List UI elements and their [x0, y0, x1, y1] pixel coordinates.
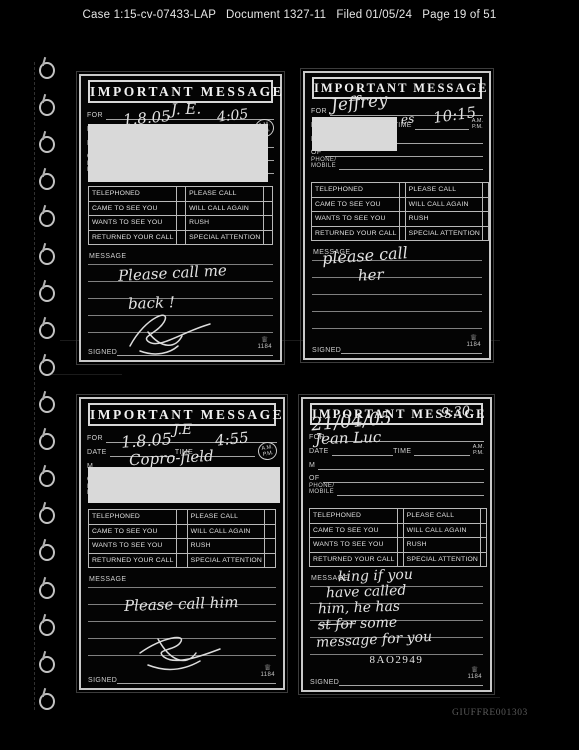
checkbox-box [263, 230, 273, 245]
spiral-ring-icon [39, 544, 55, 561]
message-area: MESSAGE king if you have called him, he … [310, 570, 483, 671]
scan-artifact-line [52, 374, 122, 375]
checkbox-label: WILL CALL AGAIN [405, 197, 482, 212]
handwritten-time: 4:55 [214, 428, 249, 449]
bates-number: GIUFFRE001303 [452, 708, 528, 718]
checkbox-grid: TELEPHONEDPLEASE CALL CAME TO SEE YOUWIL… [88, 186, 273, 245]
signature-scribble [122, 308, 217, 356]
form-corner: ♕1184 [466, 334, 481, 348]
crown-logo-icon: ♕ [257, 336, 272, 344]
checkbox-label: SPECIAL ATTENTION [186, 230, 263, 245]
redaction-block [312, 117, 397, 151]
checkbox-box [176, 216, 186, 231]
checkbox-box [481, 552, 487, 567]
spiral-ring-icon [39, 285, 55, 302]
checkbox-label: PLEASE CALL [403, 509, 480, 524]
checkbox-box [483, 212, 489, 227]
handwritten-for: J. E. [171, 99, 202, 118]
time-line [414, 441, 469, 456]
spiral-ring-icon [39, 210, 55, 227]
signed-label: SIGNED [310, 679, 339, 686]
struck-word: st for [318, 616, 356, 633]
checkbox-label: RUSH [186, 216, 263, 231]
phone-label: PHONE/ [309, 483, 334, 490]
handwritten-time: 4:05 [216, 106, 249, 125]
handwritten-message-line: her [358, 265, 385, 284]
checkbox-box [176, 187, 186, 202]
spiral-ring-icon [39, 507, 55, 524]
spiral-ring-icon [39, 693, 55, 710]
phone-line [339, 156, 483, 170]
message-label: MESSAGE [89, 576, 126, 583]
checkbox-box [481, 523, 487, 538]
scan-artifact-line [300, 697, 500, 698]
checkbox-grid: TELEPHONEDPLEASE CALL CAME TO SEE YOUWIL… [309, 508, 487, 567]
checkbox-label: RETURNED YOUR CALL [312, 226, 400, 241]
m-label: M [309, 462, 318, 470]
checkbox-label: WANTS TO SEE YOU [310, 538, 398, 553]
signed-row: SIGNED ♕1184 [310, 671, 483, 686]
checkbox-label: TELEPHONED [312, 183, 400, 198]
checkbox-label: CAME TO SEE YOU [88, 524, 176, 539]
checkbox-box [481, 538, 487, 553]
handwritten-caller-name: Jean Luc [315, 428, 382, 448]
checkbox-label: RETURNED YOUR CALL [310, 552, 398, 567]
checkbox-label: SPECIAL ATTENTION [405, 226, 482, 241]
spiral-ring-icon [39, 99, 55, 116]
form-number: 1184 [467, 674, 482, 680]
checkbox-box [265, 539, 276, 554]
spiral-binding [34, 62, 55, 710]
name-line [318, 455, 484, 470]
checkbox-label: CAME TO SEE YOU [312, 197, 400, 212]
checkbox-label: RUSH [187, 539, 264, 554]
spiral-ring-icon [39, 322, 55, 339]
checkbox-label: PLEASE CALL [186, 187, 263, 202]
case-caption: Case 1:15-cv-07433-LAP Document 1327-11 … [0, 9, 579, 21]
crown-logo-icon: ♕ [260, 664, 275, 672]
mobile-label: MOBILE [311, 163, 336, 170]
checkbox-label: CAME TO SEE YOU [88, 201, 176, 216]
checkbox-label: WILL CALL AGAIN [403, 523, 480, 538]
message-slip-bottom-left: IMPORTANT MESSAGE FOR DATETIME A.M.P.M. … [79, 397, 285, 690]
spiral-ring-icon [39, 173, 55, 190]
checkbox-box [483, 226, 489, 241]
signed-line [339, 670, 483, 686]
checkbox-label: WANTS TO SEE YOU [88, 216, 176, 231]
phone-line [337, 482, 484, 496]
message-label: MESSAGE [89, 253, 126, 260]
message-word: some [360, 615, 398, 632]
checkbox-label: PLEASE CALL [187, 510, 264, 525]
spiral-ring-icon [39, 62, 55, 79]
checkbox-box [176, 553, 187, 568]
checkbox-box [176, 524, 187, 539]
checkbox-label: RETURNED YOUR CALL [88, 553, 176, 568]
redaction-block [88, 467, 280, 503]
message-slip-top-left: IMPORTANT MESSAGE FOR DATETIME A.M.P.M. … [79, 74, 282, 362]
checkbox-box [263, 216, 273, 231]
checkbox-label: TELEPHONED [88, 187, 176, 202]
checkbox-label: TELEPHONED [88, 510, 176, 525]
message-area: MESSAGE please call her [312, 244, 482, 339]
checkbox-label: RUSH [405, 212, 482, 227]
of-line [323, 469, 484, 483]
phone-mobile-label: PHONE/MOBILE [311, 157, 339, 170]
form-corner: ♕1184 [257, 336, 272, 350]
signed-label: SIGNED [312, 347, 341, 354]
checkbox-box [265, 524, 276, 539]
checkbox-box [176, 510, 187, 525]
checkbox-label: TELEPHONED [310, 509, 398, 524]
spiral-ring-icon [39, 248, 55, 265]
checkbox-box [265, 553, 276, 568]
for-label: FOR [87, 435, 106, 443]
signed-line [341, 338, 482, 354]
message-slip-bottom-right: IMPORTANT MESSAGE FOR DATETIME A.M.P.M. … [301, 397, 492, 692]
checkbox-box [263, 201, 273, 216]
checkbox-label: SPECIAL ATTENTION [403, 552, 480, 567]
message-area: MESSAGE Please call him [88, 571, 276, 669]
checkbox-label: WILL CALL AGAIN [186, 201, 263, 216]
form-number: 1184 [257, 344, 272, 350]
form-corner: ♕1184 [260, 664, 275, 678]
phone-mobile-label: PHONE/MOBILE [309, 483, 337, 496]
spiral-ring-icon [39, 433, 55, 450]
scanned-court-page: Case 1:15-cv-07433-LAP Document 1327-11 … [0, 0, 579, 750]
handwritten-message-line: please call [321, 243, 408, 268]
crown-logo-icon: ♕ [466, 334, 481, 342]
redaction-block [88, 124, 268, 182]
spiral-ring-icon [39, 619, 55, 636]
checkbox-box [483, 183, 489, 198]
handwritten-time-overlay: 9:30 [441, 404, 471, 421]
control-number: 8AO2949 [310, 654, 483, 666]
checkbox-box [176, 539, 187, 554]
message-area: MESSAGE Please call me back ! [88, 248, 273, 341]
spiral-ring-icon [39, 396, 55, 413]
form-number: 1184 [466, 342, 481, 348]
handwritten-message-line: Please call me [118, 261, 228, 285]
spiral-ring-icon [39, 656, 55, 673]
message-slip-top-right: IMPORTANT MESSAGE FOR DATETIME A.M.P.M. … [303, 71, 491, 360]
checkbox-grid: TELEPHONEDPLEASE CALL CAME TO SEE YOUWIL… [88, 509, 276, 568]
handwritten-for: J.E [173, 422, 192, 438]
form-number: 1184 [260, 672, 275, 678]
checkbox-label: SPECIAL ATTENTION [187, 553, 264, 568]
signed-label: SIGNED [88, 349, 117, 356]
checkbox-label: RUSH [403, 538, 480, 553]
checkbox-box [483, 197, 489, 212]
checkbox-box [176, 230, 186, 245]
for-label: FOR [87, 112, 106, 120]
mobile-label: MOBILE [309, 489, 334, 496]
checkbox-label: RETURNED YOUR CALL [88, 230, 176, 245]
spiral-ring-icon [39, 582, 55, 599]
checkbox-box [263, 187, 273, 202]
checkbox-label: WILL CALL AGAIN [187, 524, 264, 539]
crown-logo-icon: ♕ [467, 666, 482, 674]
spiral-ring-icon [39, 470, 55, 487]
checkbox-box [265, 510, 276, 525]
signature-scribble [134, 627, 229, 673]
handwritten-message-line: Please call him [124, 593, 239, 615]
form-corner: ♕1184 [467, 666, 482, 680]
checkbox-label: WANTS TO SEE YOU [312, 212, 400, 227]
phone-label: PHONE/ [311, 157, 336, 164]
handwritten-fragment: es [401, 112, 415, 127]
checkbox-box [481, 509, 487, 524]
spiral-ring-icon [39, 136, 55, 153]
checkbox-label: WANTS TO SEE YOU [88, 539, 176, 554]
checkbox-label: CAME TO SEE YOU [310, 523, 398, 538]
for-label: FOR [311, 108, 330, 116]
signed-label: SIGNED [88, 677, 117, 684]
checkbox-label: PLEASE CALL [405, 183, 482, 198]
checkbox-grid: TELEPHONEDPLEASE CALL CAME TO SEE YOUWIL… [311, 182, 489, 241]
signed-row: SIGNED ♕1184 [312, 339, 482, 354]
checkbox-box [176, 201, 186, 216]
